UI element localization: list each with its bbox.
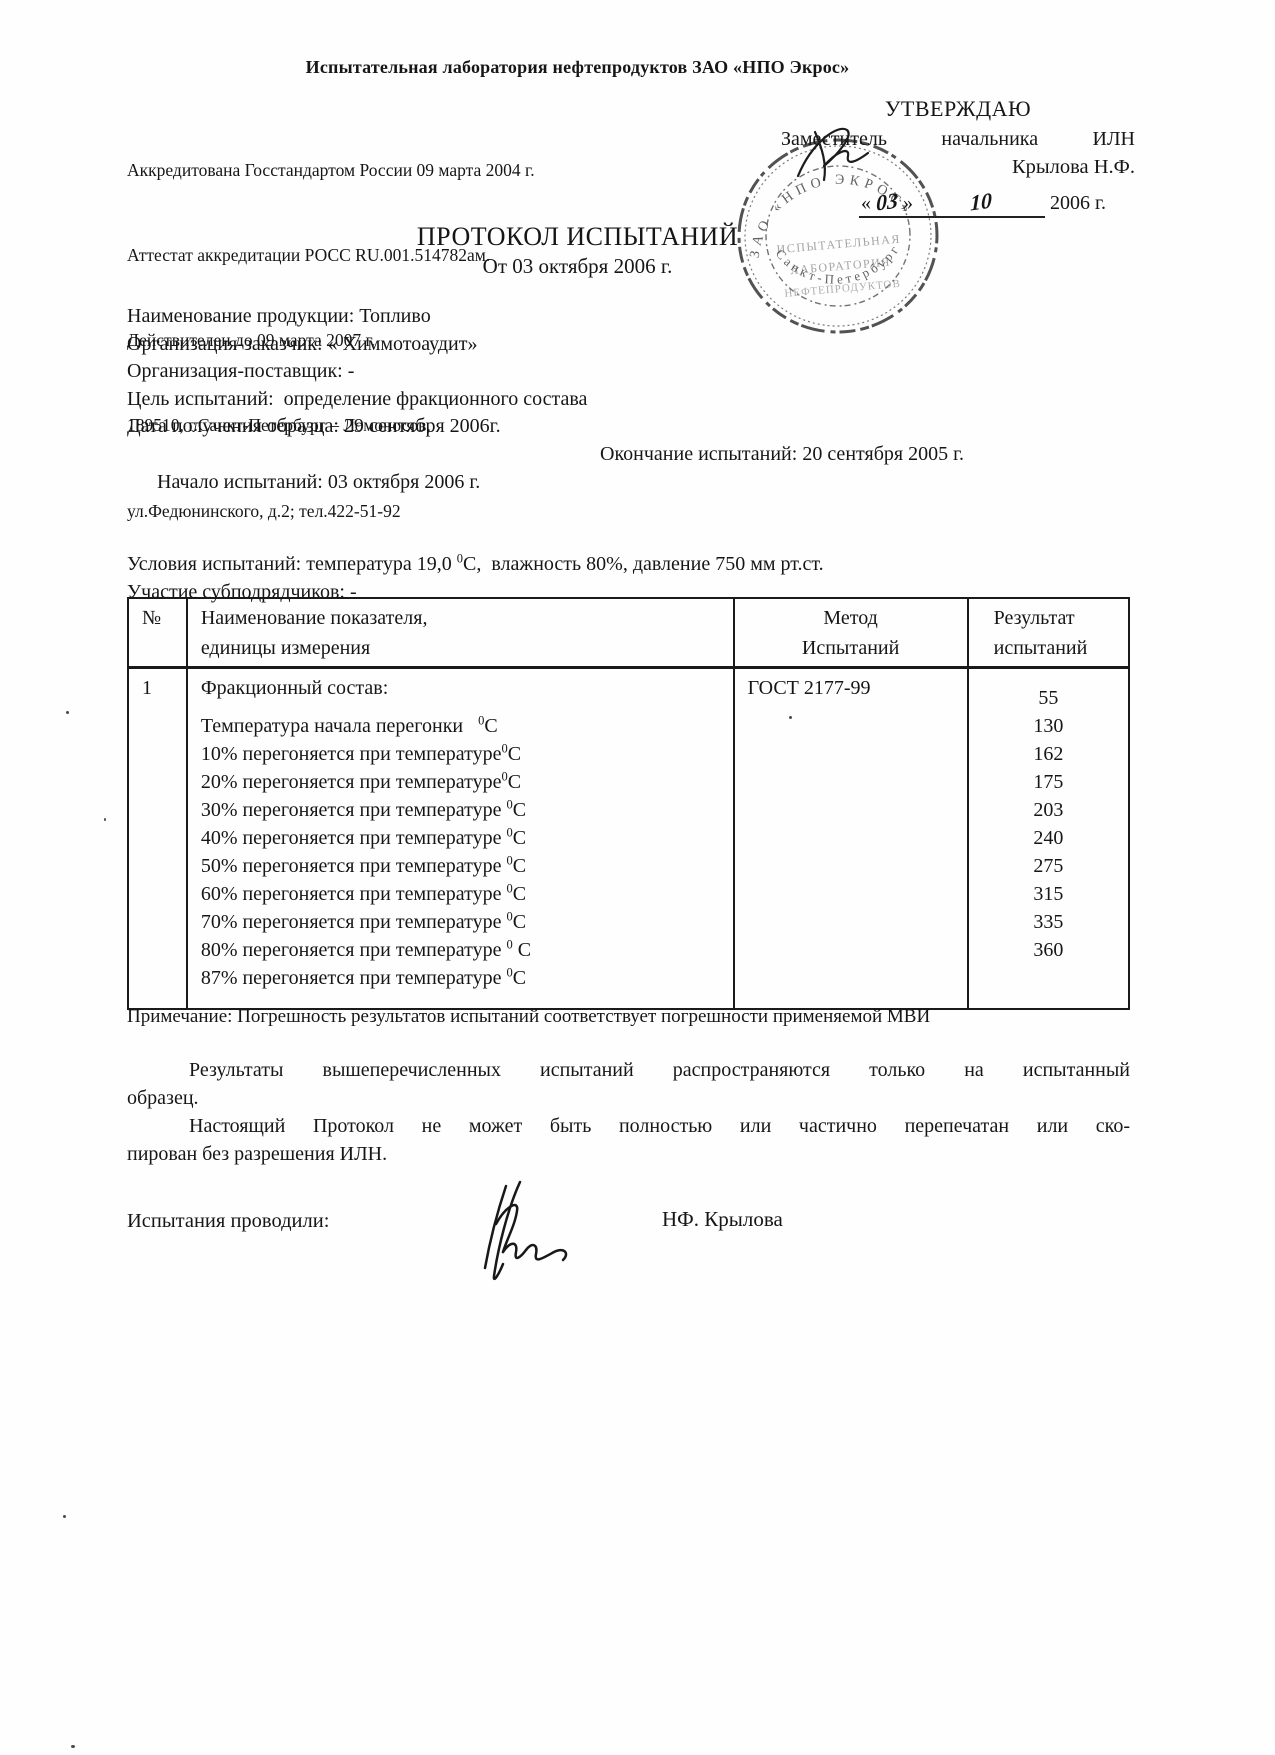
closing-line: образец.	[127, 1084, 1130, 1112]
approval-date-year: 2006 г.	[1050, 192, 1106, 214]
table-row-result: 55	[969, 684, 1128, 712]
closing-line: пирован без разрешения ИЛН.	[127, 1140, 1130, 1168]
conducted-by-label: Испытания проводили:	[127, 1210, 329, 1233]
table-row-label: 87% перегоняется при температуре 0С	[201, 964, 733, 992]
results-table: № Наименование показателя, единицы измер…	[127, 597, 1130, 1010]
test-end: Окончание испытаний: 20 сентября 2005 г.	[600, 441, 964, 469]
header-method: Метод Испытаний	[735, 599, 969, 666]
detail-sample-date: Дата получения образца: 29 сентября 2006…	[127, 413, 1132, 441]
closing-line: Результаты вышеперечисленных испытаний р…	[127, 1056, 1130, 1084]
details-block: Наименование продукции: Топливо Организа…	[127, 303, 1132, 607]
header-result: Результат испытаний	[969, 599, 1128, 666]
table-row-result: 240	[969, 824, 1128, 852]
table-row-label: 70% перегоняется при температуре 0С	[201, 908, 733, 936]
item-number: 1	[129, 669, 188, 1008]
table-row-label: 60% перегоняется при температуре 0С	[201, 880, 733, 908]
table-row-result: 315	[969, 880, 1128, 908]
table-row-result: 175	[969, 768, 1128, 796]
table-method-column: ГОСТ 2177-99	[735, 669, 969, 1008]
scan-speck	[104, 818, 106, 821]
tester-signature	[466, 1176, 592, 1286]
approver-signature	[784, 120, 902, 194]
table-row-result: 275	[969, 852, 1128, 880]
header-num: №	[129, 599, 188, 666]
closing-paragraphs: Результаты вышеперечисленных испытаний р…	[127, 1056, 1130, 1168]
signature-stroke	[466, 1176, 592, 1286]
scan-speck	[71, 1745, 75, 1748]
table-row-label: 10% перегоняется при температуре0С	[201, 740, 733, 768]
scan-speck	[789, 716, 792, 719]
table-row-result: 130	[969, 712, 1128, 740]
table-row-label: 20% перегоняется при температуре0С	[201, 768, 733, 796]
scan-speck	[63, 1515, 66, 1518]
protocol-date: От 03 октября 2006 г.	[0, 254, 1155, 279]
detail-conditions: Условия испытаний: температура 19,0 0С, …	[127, 551, 1132, 579]
closing-line: Настоящий Протокол не может быть полност…	[127, 1112, 1130, 1140]
table-row-label: Фракционный состав:	[201, 674, 733, 702]
detail-purpose: Цель испытаний: определение фракционного…	[127, 386, 1132, 414]
table-body-row: 1 Фракционный состав:Температура начала …	[129, 669, 1128, 1008]
test-start: Начало испытаний: 03 октября 2006 г.	[157, 471, 480, 493]
tester-name: НФ. Крылова	[662, 1207, 783, 1232]
table-header-row: № Наименование показателя, единицы измер…	[129, 599, 1128, 669]
table-row-label: Температура начала перегонки 0С	[201, 712, 733, 740]
signature-stroke	[784, 120, 902, 194]
document-page: Испытательная лаборатория нефтепродуктов…	[0, 0, 1275, 1755]
scan-speck	[66, 711, 69, 714]
table-label-column: Фракционный состав:Температура начала пе…	[188, 669, 735, 1008]
page-title: Испытательная лаборатория нефтепродуктов…	[0, 57, 1155, 78]
header-name: Наименование показателя, единицы измерен…	[188, 599, 735, 666]
accreditation-line: Аккредитована Госстандартом России 09 ма…	[127, 156, 687, 184]
table-row-label: 30% перегоняется при температуре 0С	[201, 796, 733, 824]
detail-customer: Организация-заказчик: « Химмотоаудит»	[127, 331, 1132, 359]
protocol-title: ПРОТОКОЛ ИСПЫТАНИЙ	[0, 222, 1155, 252]
table-row-label: 40% перегоняется при температуре 0С	[201, 824, 733, 852]
table-row-result: 203	[969, 796, 1128, 824]
approval-date-month: 10	[917, 189, 1045, 218]
table-row-label: 50% перегоняется при температуре 0С	[201, 852, 733, 880]
detail-test-dates: Начало испытаний: 03 октября 2006 г. Око…	[127, 441, 1132, 551]
table-result-column: 55130162175203240275315335360	[969, 669, 1128, 1008]
table-row-result: 360	[969, 936, 1128, 964]
detail-product: Наименование продукции: Топливо	[127, 303, 1132, 331]
table-row-label: 80% перегоняется при температуре 0 С	[201, 936, 733, 964]
table-row-result: 162	[969, 740, 1128, 768]
table-row-result: 335	[969, 908, 1128, 936]
approve-heading: УТВЕРЖДАЮ	[781, 96, 1135, 122]
method-value: ГОСТ 2177-99	[748, 674, 967, 702]
note-line: Примечание: Погрешность результатов испы…	[127, 1006, 1132, 1028]
detail-supplier: Организация-поставщик: -	[127, 358, 1132, 386]
handwritten-month: 10	[970, 187, 992, 216]
